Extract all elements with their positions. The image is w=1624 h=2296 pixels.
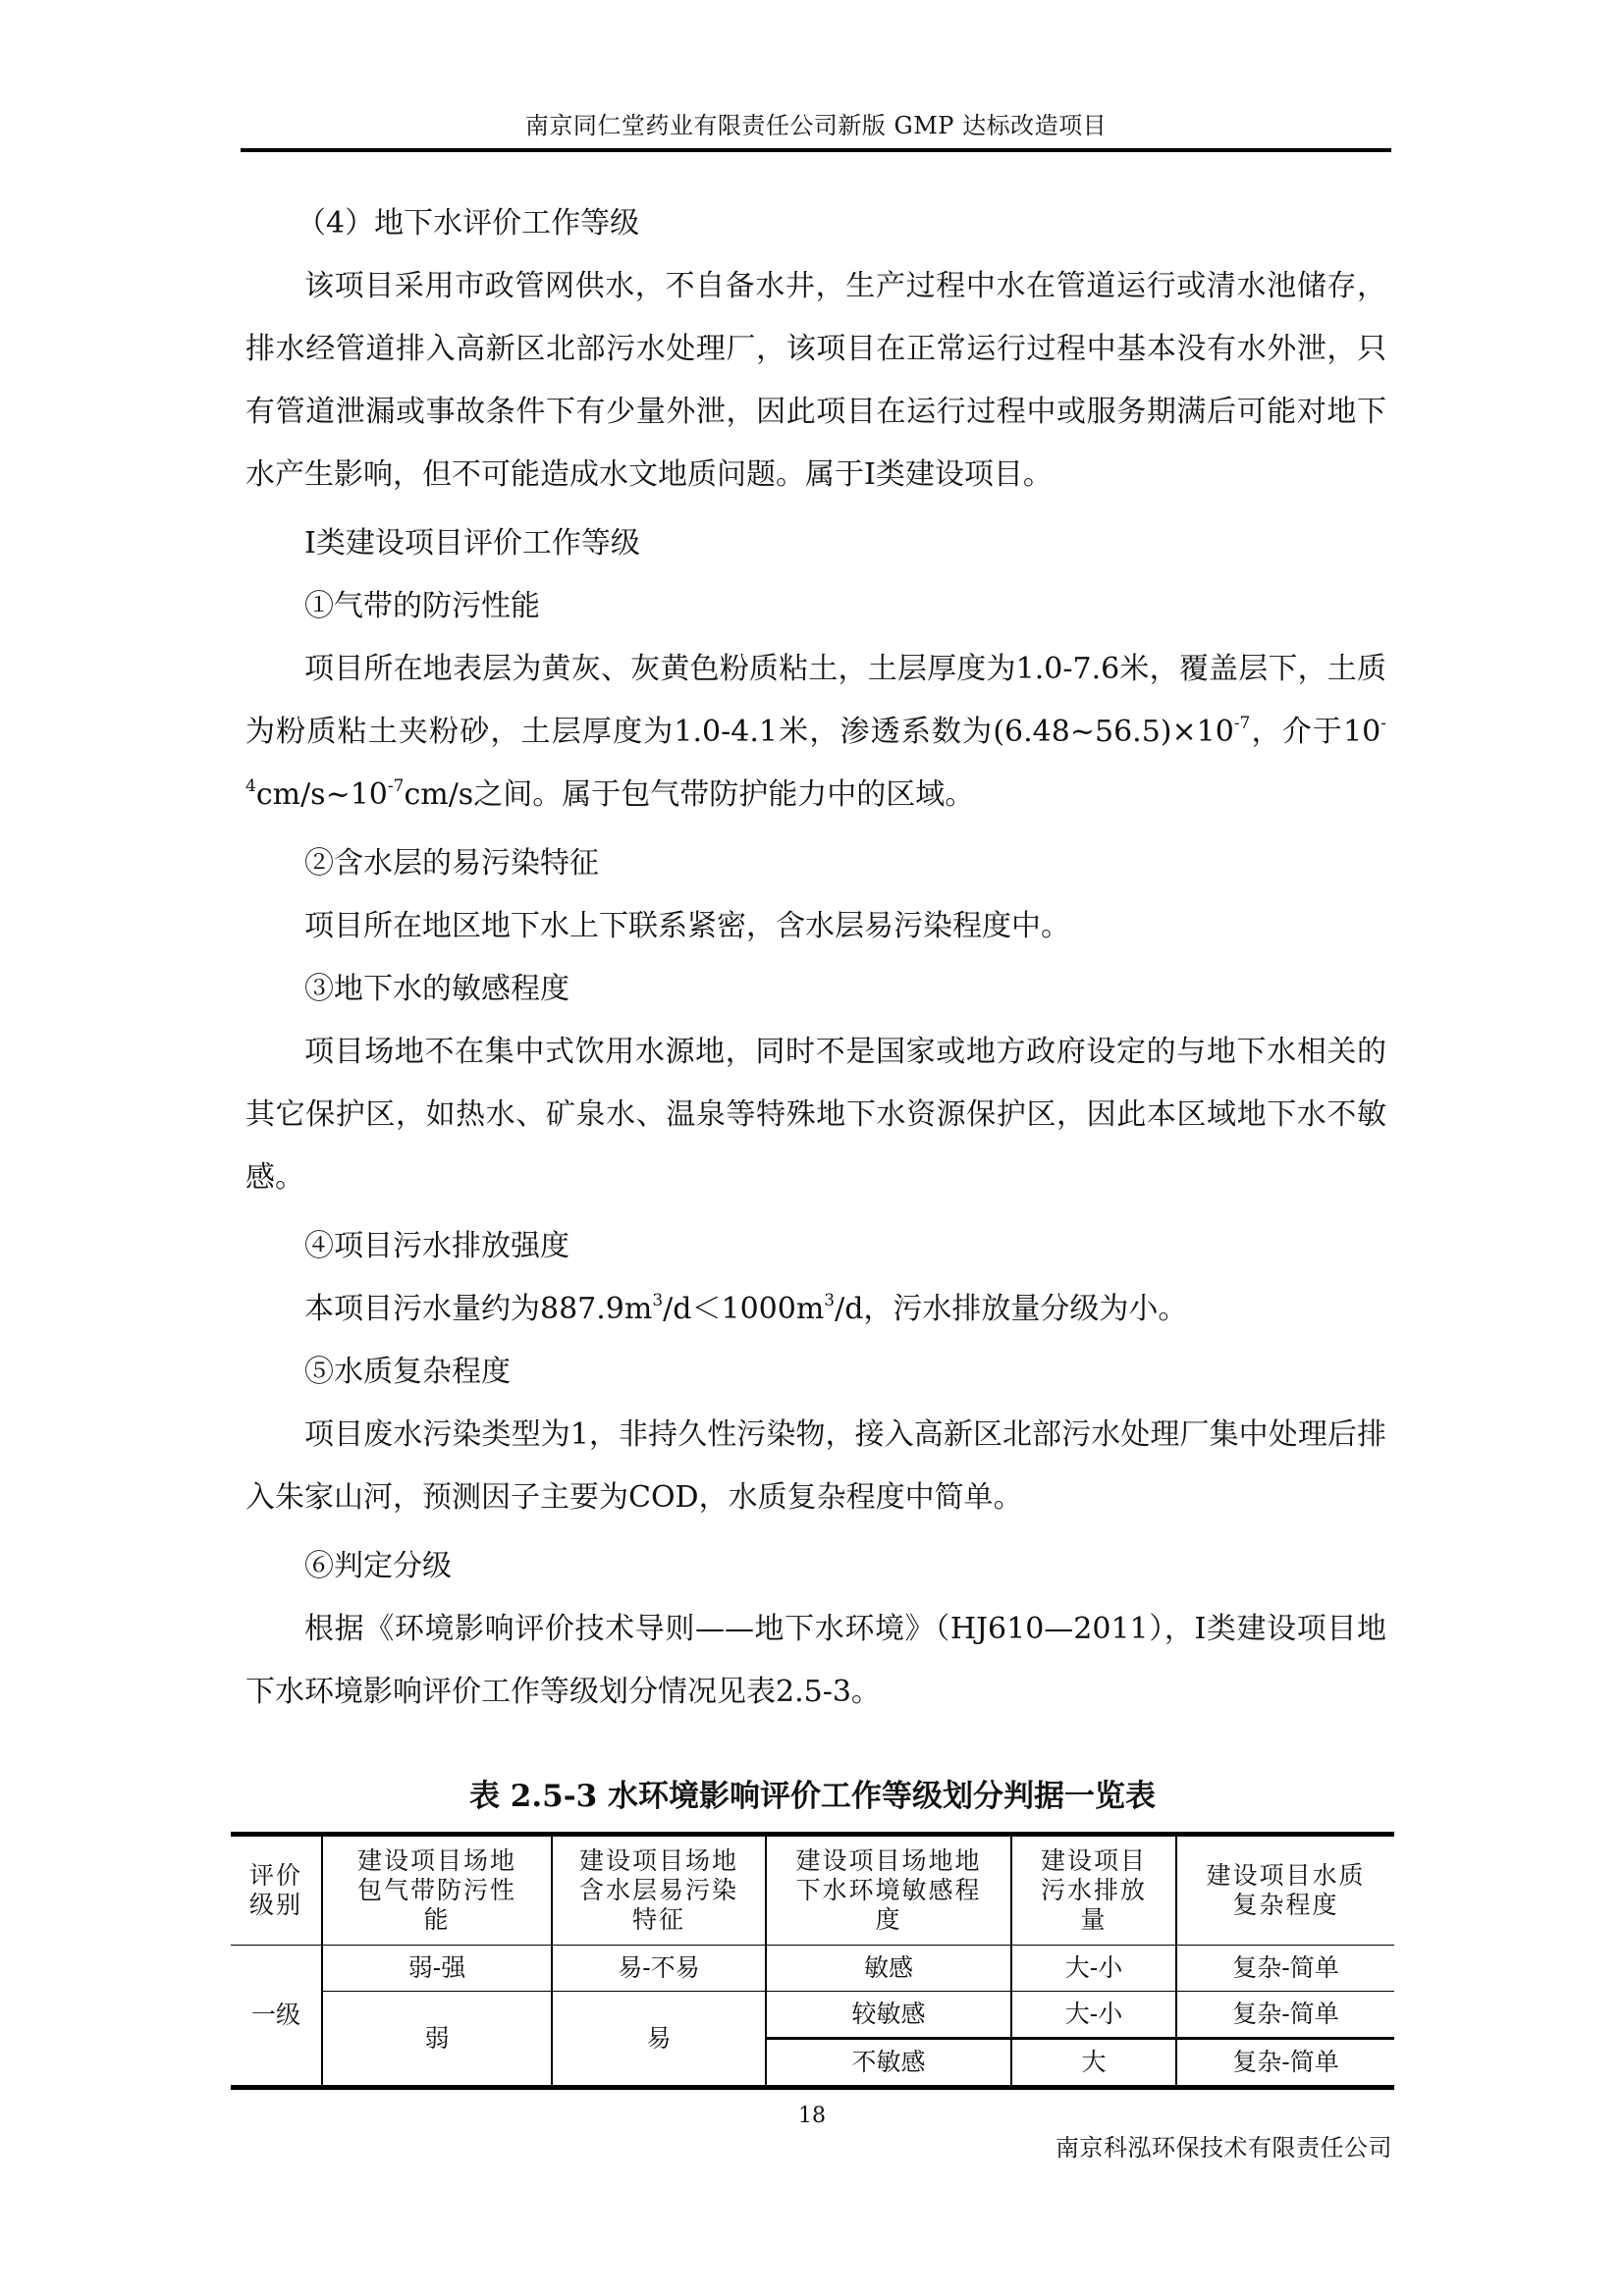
table-cell: 敏感: [766, 1946, 1011, 1992]
table-cell: 大: [1011, 2039, 1176, 2088]
table-title: 表 2.5-3 水环境影响评价工作等级划分判据一览表: [231, 1777, 1394, 1816]
table-cell: 复杂-简单: [1176, 2039, 1394, 2088]
paragraph-item-6: 根据《环境影响评价技术导则——地下水环境》（HJ610—2011），Ⅰ类建设项目…: [245, 1598, 1386, 1724]
table-cell: 较敏感: [766, 1992, 1011, 2039]
grade-cell: 一级: [231, 1946, 322, 2088]
table-row: 一级 弱-强 易-不易 敏感 大-小 复杂-简单: [231, 1946, 1394, 1992]
table-cell: 易: [552, 1992, 766, 2088]
paragraph-item-4: 本项目污水量约为887.9m3/d＜1000m3/d，污水排放量分级为小。: [245, 1278, 1386, 1341]
column-header: 建设项目场地含水层易污染特征: [552, 1835, 766, 1946]
paragraph-item-2: 项目所在地区地下水上下联系紧密，含水层易污染程度中。: [245, 895, 1386, 958]
table-header-row: 评价级别 建设项目场地包气带防污性能 建设项目场地含水层易污染特征 建设项目场地…: [231, 1835, 1394, 1946]
column-header: 建设项目污水排放量: [1011, 1835, 1176, 1946]
table-cell: 复杂-简单: [1176, 1946, 1394, 1992]
table-cell: 不敏感: [766, 2039, 1011, 2088]
table-cell: 大-小: [1011, 1992, 1176, 2039]
section-heading: （4）地下水评价工作等级: [245, 192, 1386, 255]
item-heading-2: ②含水层的易污染特征: [245, 832, 1386, 895]
table-cell: 弱: [322, 1992, 552, 2088]
document-body: （4）地下水评价工作等级 该项目采用市政管网供水，不自备水井，生产过程中水在管道…: [245, 192, 1386, 1724]
column-header: 评价级别: [231, 1835, 322, 1946]
page-header: 南京同仁堂药业有限责任公司新版 GMP 达标改造项目: [241, 110, 1391, 141]
item-heading-1: ①气带的防污性能: [245, 575, 1386, 638]
table-row: 弱 易 较敏感 大-小 复杂-简单: [231, 1992, 1394, 2039]
column-header: 建设项目场地地下水环境敏感程度: [766, 1835, 1011, 1946]
page-footer: 南京科泓环保技术有限责任公司: [1056, 2128, 1392, 2163]
item-heading-3: ③地下水的敏感程度: [245, 958, 1386, 1021]
table-cell: 弱-强: [322, 1946, 552, 1992]
table-cell: 复杂-简单: [1176, 1992, 1394, 2039]
paragraph-item-3: 项目场地不在集中式饮用水源地，同时不是国家或地方政府设定的与地下水相关的其它保护…: [245, 1021, 1386, 1209]
grading-criteria-table: 评价级别 建设项目场地包气带防污性能 建设项目场地含水层易污染特征 建设项目场地…: [231, 1832, 1394, 2090]
paragraph-item-5: 项目废水污染类型为1，非持久性污染物，接入高新区北部污水处理厂集中处理后排入朱家…: [245, 1404, 1386, 1529]
item-heading-4: ④项目污水排放强度: [245, 1215, 1386, 1278]
header-rule: [241, 148, 1391, 152]
page-number: 18: [0, 2104, 1624, 2128]
paragraph-item-1: 项目所在地表层为黄灰、灰黄色粉质粘土，土层厚度为1.0-7.6米，覆盖层下，土质…: [245, 638, 1386, 827]
table-cell: 大-小: [1011, 1946, 1176, 1992]
paragraph-intro: 该项目采用市政管网供水，不自备水井，生产过程中水在管道运行或清水池储存，排水经管…: [245, 255, 1386, 507]
item-heading-6: ⑥判定分级: [245, 1535, 1386, 1598]
column-header: 建设项目水质复杂程度: [1176, 1835, 1394, 1946]
class-heading: Ⅰ类建设项目评价工作等级: [245, 512, 1386, 575]
column-header: 建设项目场地包气带防污性能: [322, 1835, 552, 1946]
item-heading-5: ⑤水质复杂程度: [245, 1341, 1386, 1404]
table-cell: 易-不易: [552, 1946, 766, 1992]
